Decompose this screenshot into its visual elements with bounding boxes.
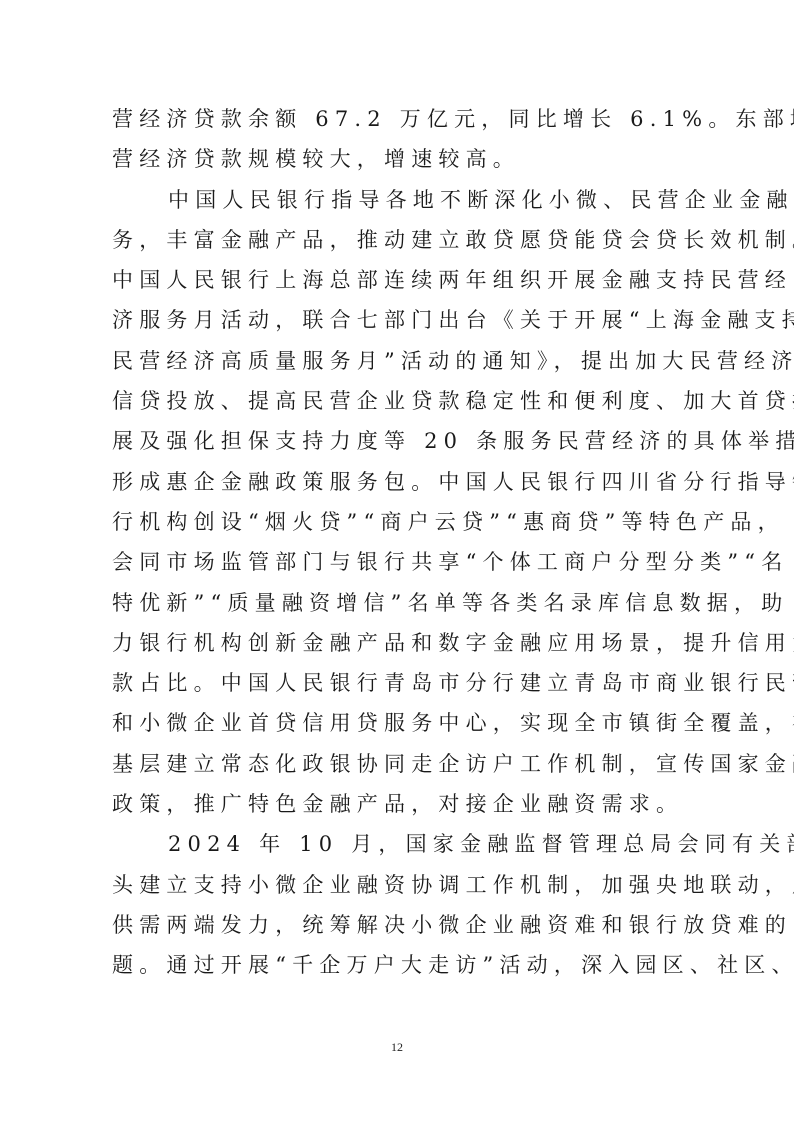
text-line: 2024 年 10 月，国家金融监督管理总局会同有关部门牵 — [112, 824, 682, 864]
text-line: 中国人民银行上海总部连续两年组织开展金融支持民营经 — [112, 260, 682, 300]
document-page: 营经济贷款余额 67.2 万亿元，同比增长 6.1%。东部地区民 营经济贷款规模… — [0, 0, 794, 1123]
text-line: 款占比。中国人民银行青岛市分行建立青岛市商业银行民营 — [112, 663, 682, 703]
text-line: 展及强化担保支持力度等 20 条服务民营经济的具体举措， — [112, 421, 682, 461]
text-line: 务，丰富金融产品，推动建立敢贷愿贷能贷会贷长效机制。 — [112, 220, 682, 260]
text-line: 会同市场监管部门与银行共享“个体工商户分型分类”“名 — [112, 542, 682, 582]
page-number: 12 — [0, 1040, 794, 1055]
text-line: 特优新”“质量融资增信”名单等各类名录库信息数据，助 — [112, 583, 682, 623]
text-line: 营经济贷款余额 67.2 万亿元，同比增长 6.1%。东部地区民 — [112, 99, 682, 139]
paragraph: 2024 年 10 月，国家金融监督管理总局会同有关部门牵 头建立支持小微企业融… — [112, 824, 676, 985]
text-line: 题。通过开展“千企万户大走访”活动，深入园区、社区、 — [112, 945, 682, 985]
text-line: 营经济贷款规模较大，增速较高。 — [112, 139, 682, 179]
text-line: 行机构创设“烟火贷”“商户云贷”“惠商贷”等特色产品， — [112, 502, 682, 542]
text-line: 民营经济高质量服务月”活动的通知》，提出加大民营经济 — [112, 341, 682, 381]
paragraph: 中国人民银行指导各地不断深化小微、民营企业金融服 务，丰富金融产品，推动建立敢贷… — [112, 180, 676, 825]
body-text: 营经济贷款余额 67.2 万亿元，同比增长 6.1%。东部地区民 营经济贷款规模… — [112, 99, 676, 986]
text-line: 头建立支持小微企业融资协调工作机制，加强央地联动，从 — [112, 865, 682, 905]
text-line: 力银行机构创新金融产品和数字金融应用场景，提升信用贷 — [112, 623, 682, 663]
text-line: 济服务月活动，联合七部门出台《关于开展“上海金融支持 — [112, 300, 682, 340]
text-line: 形成惠企金融政策服务包。中国人民银行四川省分行指导银 — [112, 462, 682, 502]
text-line: 中国人民银行指导各地不断深化小微、民营企业金融服 — [112, 180, 682, 220]
text-line: 基层建立常态化政银协同走企访户工作机制，宣传国家金融 — [112, 744, 682, 784]
text-line: 政策，推广特色金融产品，对接企业融资需求。 — [112, 784, 682, 824]
paragraph: 营经济贷款余额 67.2 万亿元，同比增长 6.1%。东部地区民 营经济贷款规模… — [112, 99, 676, 180]
text-line: 供需两端发力，统筹解决小微企业融资难和银行放贷难的问 — [112, 905, 682, 945]
text-line: 信贷投放、提高民营企业贷款稳定性和便利度、加大首贷拓 — [112, 381, 682, 421]
text-line: 和小微企业首贷信用贷服务中心，实现全市镇街全覆盖，在 — [112, 703, 682, 743]
